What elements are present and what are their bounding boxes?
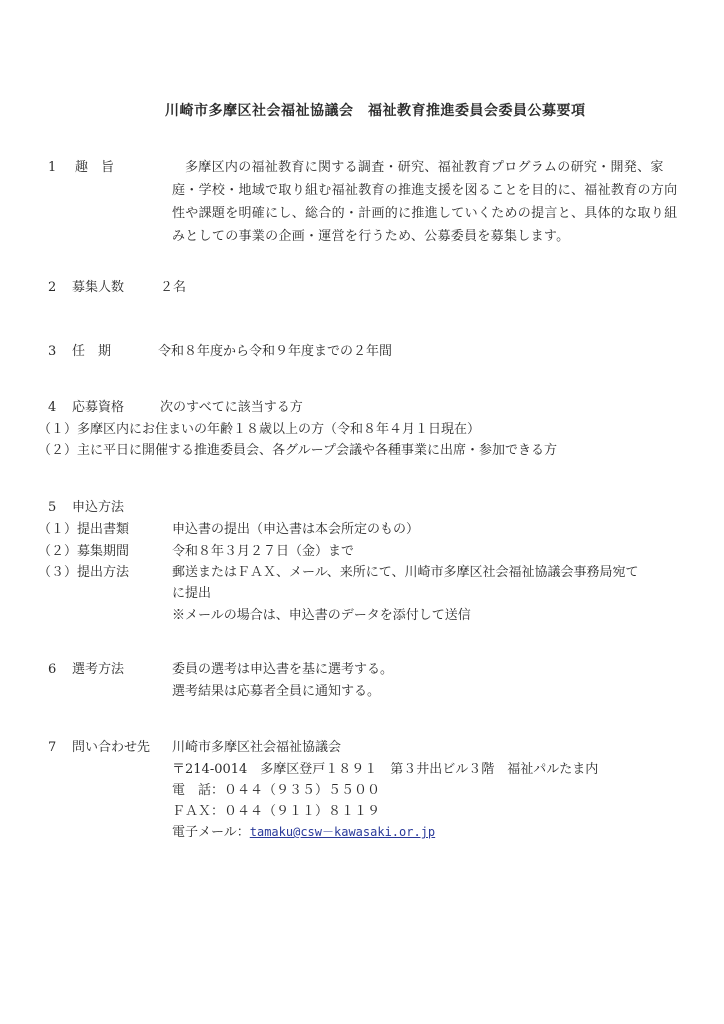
section-5-item-3-label: （３）提出方法	[38, 561, 129, 584]
section-5-item-1-label: （１）提出書類	[38, 518, 129, 541]
section-3-heading: 任 期	[72, 340, 111, 363]
section-5-number: 5	[48, 496, 56, 519]
contact-org: 川崎市多摩区社会福祉協議会	[172, 736, 341, 759]
phone-label: 電 話：	[172, 783, 224, 798]
email-label: 電子メール：	[172, 825, 250, 840]
section-5-item-3-value-cont: に提出	[172, 582, 211, 605]
section-7-number: 7	[48, 736, 56, 759]
contact-email: 電子メール：tamaku@csw－kawasaki.or.jp	[172, 821, 435, 844]
email-link[interactable]: tamaku@csw－kawasaki.or.jp	[250, 825, 435, 839]
section-1-body: 多摩区内の福祉教育に関する調査・研究、福祉教育プログラムの研究・開発、家庭・学校…	[172, 156, 682, 248]
section-7-heading: 問い合わせ先	[72, 736, 150, 759]
section-5-item-2-label: （２）募集期間	[38, 540, 129, 563]
phone-number: ０４４（９３５）５５００	[224, 783, 380, 798]
section-1-heading: 趣 旨	[75, 156, 114, 179]
section-5-item-2-value: 令和８年３月２７日（金）まで	[172, 540, 354, 563]
section-3-body: 令和８年度から令和９年度までの２年間	[158, 340, 392, 363]
section-6-line-1: 委員の選考は申込書を基に選考する。	[172, 658, 393, 681]
section-6-line-2: 選考結果は応募者全員に通知する。	[172, 680, 380, 703]
section-3-number: 3	[48, 340, 56, 363]
section-4-item-1: （１）多摩区内にお住まいの年齢１８歳以上の方（令和８年４月１日現在）	[38, 418, 480, 441]
contact-fax: ＦＡＸ：０４４（９１１）８１１９	[172, 800, 380, 823]
section-4-heading: 応募資格	[72, 396, 124, 419]
fax-label: ＦＡＸ：	[172, 804, 224, 819]
section-5-item-1-value: 申込書の提出（申込書は本会所定のもの）	[172, 518, 419, 541]
contact-address: 〒214-0014 多摩区登戸１８９１ 第３井出ビル３階 福祉パルたま内	[172, 758, 598, 781]
fax-number: ０４４（９１１）８１１９	[224, 804, 380, 819]
section-6-number: 6	[48, 658, 56, 681]
section-1-number: 1	[48, 156, 56, 179]
section-2-number: 2	[48, 276, 56, 299]
document-title: 川崎市多摩区社会福祉協議会 福祉教育推進委員会委員公募要項	[165, 100, 586, 120]
section-2-heading: 募集人数	[72, 276, 124, 299]
section-2-body: ２名	[160, 276, 186, 299]
section-5-item-3-value: 郵送またはＦＡＸ、メール、来所にて、川崎市多摩区社会福祉協議会事務局宛て	[172, 561, 638, 584]
section-5-item-3-note: ※メールの場合は、申込書のデータを添付して送信	[172, 604, 471, 627]
section-4-item-2: （２）主に平日に開催する推進委員会、各グループ会議や各種事業に出席・参加できる方	[38, 439, 557, 462]
section-4-body: 次のすべてに該当する方	[160, 396, 303, 419]
section-5-heading: 申込方法	[72, 496, 124, 519]
section-4-number: 4	[48, 396, 56, 419]
contact-phone: 電 話：０４４（９３５）５５００	[172, 779, 380, 802]
section-6-heading: 選考方法	[72, 658, 124, 681]
